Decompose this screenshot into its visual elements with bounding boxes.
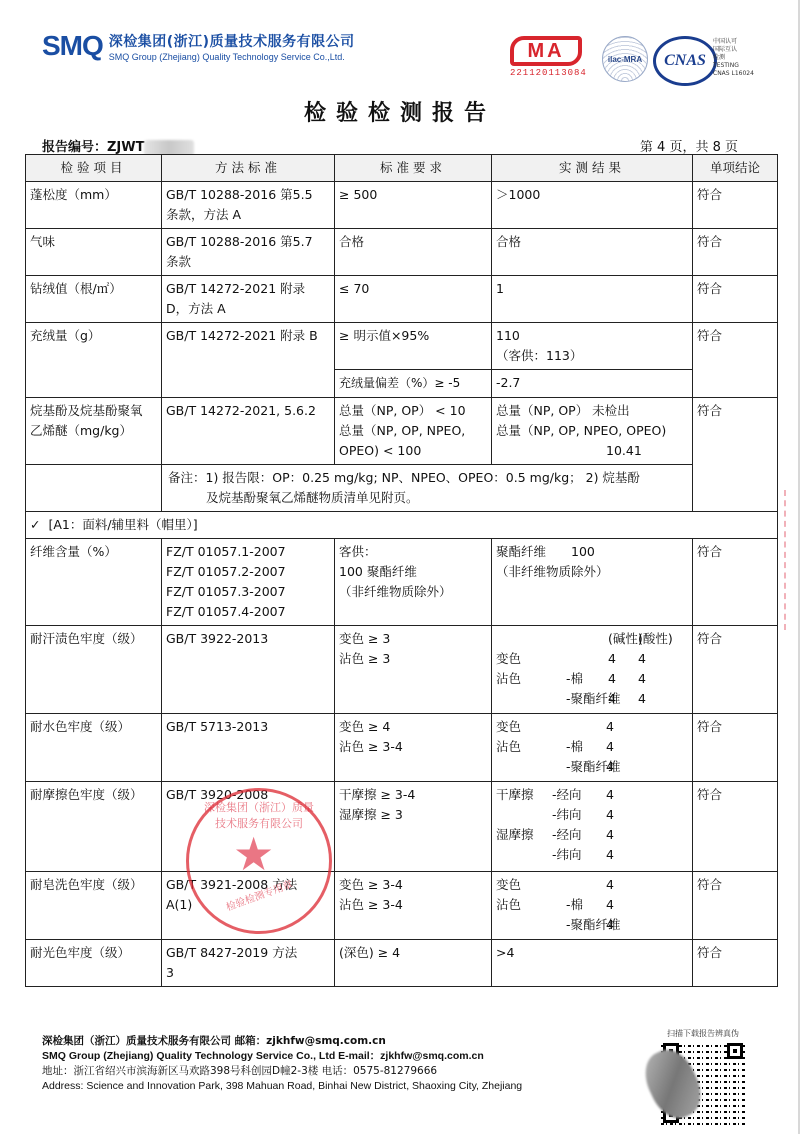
col-header-method: 方法标准 (162, 155, 335, 182)
report-number: 报告编号：ZJWT (42, 136, 194, 156)
text-line: 4 (638, 669, 668, 689)
text-line: 沾色 (496, 737, 566, 757)
cell-requirement: 合格 (335, 229, 492, 276)
text-line: 3 (166, 963, 330, 983)
col-header-verdict: 单项结论 (693, 155, 778, 182)
company-name-en: SMQ Group (Zhejiang) Quality Technology … (109, 52, 355, 62)
cell-item: 耐水色牢度（级） (26, 714, 162, 782)
text-line: 100 聚酯纤维 (339, 562, 487, 582)
text-line: -经向 (552, 785, 606, 805)
smq-logo-mark: SMQ (42, 30, 103, 62)
text-line: GB/T 10288-2016 第5.5 (166, 185, 330, 205)
cnas-text-line: CNAS L16024 (713, 70, 754, 78)
text-line: 乙烯醚（mg/kg） (30, 421, 157, 441)
text-line: 总量（NP, OP, NPEO, (339, 421, 487, 441)
cell-item: 纤维含量（%） (26, 539, 162, 626)
text-line: 4 (606, 825, 626, 845)
text-line: 4 (606, 717, 626, 737)
cell-requirement: 变色 ≥ 4沾色 ≥ 3-4 (335, 714, 492, 782)
cell-method: GB/T 14272-2021, 5.6.2 (162, 398, 335, 465)
text-line: （客供：113） (496, 346, 688, 366)
cell-result: 聚酯纤维 100（非纤维物质除外） (492, 539, 693, 626)
cell-method: GB/T 10288-2016 第5.7条款 (162, 229, 335, 276)
cell-result: 1 (492, 276, 693, 323)
text-line: 总量（NP, OP） 未检出 (496, 401, 688, 421)
text-line: FZ/T 01057.1-2007 (166, 542, 330, 562)
cell-verdict: 符合 (693, 323, 778, 398)
section-label: ✓ [A1：面料/辅里料（帽里）] (26, 512, 778, 539)
text-line: (碱性) (608, 629, 638, 649)
cell-method: FZ/T 01057.1-2007FZ/T 01057.2-2007FZ/T 0… (162, 539, 335, 626)
cell-requirement-deviation: 充绒量偏差（%）≥ -5 (335, 370, 492, 398)
text-line: A(1) (166, 895, 330, 915)
cell-verdict: 符合 (693, 782, 778, 872)
cell-result: (碱性)(酸性) 变色44 沾色-棉44 -聚酯纤维44 (492, 626, 693, 714)
cell-item: 烷基酚及烷基酚聚氧乙烯醚（mg/kg） (26, 398, 162, 465)
text-line: 沾色 (496, 669, 566, 689)
footer-address-en: Address: Science and Innovation Park, 39… (42, 1079, 522, 1094)
text-line: 110 (496, 326, 688, 346)
company-logo: SMQ 深检集团(浙江)质量技术服务有限公司 SMQ Group (Zhejia… (42, 30, 355, 62)
text-line: 变色 ≥ 3 (339, 629, 487, 649)
text-line: 4 (606, 845, 626, 865)
text-line: （非纤维物质除外） (339, 582, 487, 602)
text-line: 4 (606, 875, 626, 895)
text-line: 4 (606, 785, 626, 805)
cnas-text-line: 国际互认 (713, 46, 754, 54)
ilac-mra-icon: ilac-MRA (602, 36, 648, 82)
text-line: 4 (606, 895, 626, 915)
cell-verdict: 符合 (693, 714, 778, 782)
text-line: 变色 (496, 875, 566, 895)
cma-label: MA (510, 36, 582, 66)
cnas-text-line: 中国认可 (713, 38, 754, 46)
text-line: （非纤维物质除外） (496, 562, 688, 582)
footer-company-cn: 深检集团（浙江）质量技术服务有限公司 邮箱：zjkhfw@smq.com.cn (42, 1034, 522, 1049)
cell-verdict: 符合 (693, 539, 778, 626)
cell-method: GB/T 14272-2021 附录D，方法 A (162, 276, 335, 323)
col-header-requirement: 标准要求 (335, 155, 492, 182)
table-row: 蓬松度（mm） GB/T 10288-2016 第5.5条款，方法 A ≥ 50… (26, 182, 778, 229)
text-line: 沾色 ≥ 3 (339, 649, 487, 669)
table-header-row: 检验项目 方法标准 标准要求 实测结果 单项结论 (26, 155, 778, 182)
cell-result: ＞1000 (492, 182, 693, 229)
text-line: -纬向 (552, 845, 606, 865)
text-line: 湿摩擦 (496, 825, 552, 845)
cell-result: >4 (492, 940, 693, 987)
cma-certification-icon: MA 221120113084 (510, 36, 582, 78)
report-number-label: 报告编号：ZJWT (42, 140, 144, 155)
cnas-text-line: TESTING (713, 62, 754, 70)
text-line (496, 757, 566, 777)
cell-verdict: 符合 (693, 398, 778, 512)
text-line: 沾色 (496, 895, 566, 915)
text-line: GB/T 3921-2008 方法 (166, 875, 330, 895)
cell-requirement: ≥ 明示值×95% (335, 323, 492, 370)
text-line: 总量（NP, OP, NPEO, OPEO) (496, 421, 688, 441)
cell-result: 110（客供：113） (492, 323, 693, 370)
verification-qr[interactable]: 扫描下载报告辨真伪 (658, 1028, 748, 1125)
text-line: 10.41 (496, 441, 688, 461)
cell-result: 变色4 沾色-棉4 -聚酯纤维4 (492, 714, 693, 782)
text-line: 备注：1) 报告限：OP：0.25 mg/kg; NP、NPEO、OPEO：0.… (168, 468, 688, 488)
cell-item: 耐光色牢度（级） (26, 940, 162, 987)
text-line: -经向 (552, 825, 606, 845)
text-line: 聚酯纤维 100 (496, 542, 688, 562)
col-header-result: 实测结果 (492, 155, 693, 182)
cell-requirement: (深色) ≥ 4 (335, 940, 492, 987)
cell-verdict: 符合 (693, 229, 778, 276)
text-line: 4 (608, 669, 638, 689)
text-line: [A1：面料/辅里料（帽里）] (48, 517, 197, 532)
cell-result: 变色4 沾色-棉4 -聚酯纤维4 (492, 872, 693, 940)
text-line: 4 (608, 689, 638, 709)
text-line (566, 649, 608, 669)
text-line: 干摩擦 (496, 785, 552, 805)
cell-method: GB/T 14272-2021 附录 B (162, 323, 335, 398)
text-line: 变色 (496, 649, 566, 669)
cell-item-empty (26, 465, 162, 512)
text-line: 干摩擦 ≥ 3-4 (339, 785, 487, 805)
table-row: 耐汗渍色牢度（级） GB/T 3922-2013 变色 ≥ 3沾色 ≥ 3 (碱… (26, 626, 778, 714)
text-line: 总量（NP, OP） < 10 (339, 401, 487, 421)
table-row: 充绒量（g） GB/T 14272-2021 附录 B ≥ 明示值×95% 11… (26, 323, 778, 370)
cell-result-deviation: -2.7 (492, 370, 693, 398)
text-line (496, 915, 566, 935)
text-line: 4 (638, 649, 668, 669)
text-line (496, 689, 566, 709)
cell-method: GB/T 10288-2016 第5.5条款，方法 A (162, 182, 335, 229)
text-line: -聚酯纤维 (566, 757, 606, 777)
cnas-text: 中国认可 国际互认 检测 TESTING CNAS L16024 (713, 38, 754, 78)
footer-address-cn: 地址：浙江省绍兴市滨海新区马欢路398号科创园D幢2-3楼 电话：0575-81… (42, 1064, 522, 1079)
cell-item: 钻绒值（根/㎡） (26, 276, 162, 323)
table-row: 气味 GB/T 10288-2016 第5.7条款 合格 合格 符合 (26, 229, 778, 276)
cell-verdict: 符合 (693, 276, 778, 323)
text-line: 变色 (496, 717, 566, 737)
cell-item: 耐皂洗色牢度（级） (26, 872, 162, 940)
text-line: 及烷基酚聚氧乙烯醚物质清单见附页。 (168, 488, 688, 508)
text-line: (酸性) (638, 629, 668, 649)
qr-label: 扫描下载报告辨真伪 (658, 1028, 748, 1039)
page-indicator: 第 4 页，共 8 页 (640, 136, 738, 155)
text-line: -棉 (566, 737, 606, 757)
text-line (566, 875, 606, 895)
text-line: GB/T 10288-2016 第5.7 (166, 232, 330, 252)
cell-item: 耐摩擦色牢度（级） (26, 782, 162, 872)
text-line: GB/T 8427-2019 方法 (166, 943, 330, 963)
cma-number: 221120113084 (510, 68, 582, 78)
text-line: 变色 ≥ 4 (339, 717, 487, 737)
cnas-text-line: 检测 (713, 54, 754, 62)
cell-item: 蓬松度（mm） (26, 182, 162, 229)
text-line: -纬向 (552, 805, 606, 825)
table-row: 钻绒值（根/㎡） GB/T 14272-2021 附录D，方法 A ≤ 70 1… (26, 276, 778, 323)
text-line (496, 805, 552, 825)
text-line: D，方法 A (166, 299, 330, 319)
redacted-qr-area (636, 1042, 709, 1126)
text-line: 4 (608, 649, 638, 669)
section-header-row: ✓ [A1：面料/辅里料（帽里）] (26, 512, 778, 539)
cell-method: GB/T 3921-2008 方法A(1) (162, 872, 335, 940)
text-line: 4 (606, 915, 626, 935)
table-row: 耐光色牢度（级） GB/T 8427-2019 方法3 (深色) ≥ 4 >4 … (26, 940, 778, 987)
text-line: 4 (606, 805, 626, 825)
cell-item: 耐汗渍色牢度（级） (26, 626, 162, 714)
cell-result: 干摩擦-经向4 -纬向4 湿摩擦-经向4 -纬向4 (492, 782, 693, 872)
text-line (566, 717, 606, 737)
text-line: GB/T 14272-2021 附录 (166, 279, 330, 299)
cell-note: 备注：1) 报告限：OP：0.25 mg/kg; NP、NPEO、OPEO：0.… (162, 465, 693, 512)
text-line: 条款 (166, 252, 330, 272)
cell-method: GB/T 5713-2013 (162, 714, 335, 782)
cell-result: 总量（NP, OP） 未检出总量（NP, OP, NPEO, OPEO)10.4… (492, 398, 693, 465)
cell-result: 合格 (492, 229, 693, 276)
text-line: 沾色 ≥ 3-4 (339, 737, 487, 757)
cell-method: GB/T 8427-2019 方法3 (162, 940, 335, 987)
cell-requirement: ≤ 70 (335, 276, 492, 323)
text-line: FZ/T 01057.2-2007 (166, 562, 330, 582)
text-line: -棉 (566, 895, 606, 915)
text-line: 变色 ≥ 3-4 (339, 875, 487, 895)
cell-method: GB/T 3922-2013 (162, 626, 335, 714)
text-line: 4 (606, 737, 626, 757)
text-line: 湿摩擦 ≥ 3 (339, 805, 487, 825)
table-row: 耐水色牢度（级） GB/T 5713-2013 变色 ≥ 4沾色 ≥ 3-4 变… (26, 714, 778, 782)
cell-requirement: 变色 ≥ 3沾色 ≥ 3 (335, 626, 492, 714)
text-line: 客供： (339, 542, 487, 562)
report-title: 检验检测报告 (0, 96, 800, 127)
cell-item: 气味 (26, 229, 162, 276)
table-note-row: 备注：1) 报告限：OP：0.25 mg/kg; NP、NPEO、OPEO：0.… (26, 465, 778, 512)
cell-requirement: 客供：100 聚酯纤维（非纤维物质除外） (335, 539, 492, 626)
cell-requirement: 总量（NP, OP） < 10总量（NP, OP, NPEO,OPEO) < 1… (335, 398, 492, 465)
text-line: 条款，方法 A (166, 205, 330, 225)
cell-requirement: 变色 ≥ 3-4沾色 ≥ 3-4 (335, 872, 492, 940)
footer: 深检集团（浙江）质量技术服务有限公司 邮箱：zjkhfw@smq.com.cn … (42, 1034, 522, 1094)
cell-method: GB/T 3920-2008 (162, 782, 335, 872)
check-icon: ✓ (30, 517, 40, 532)
text-line: FZ/T 01057.4-2007 (166, 602, 330, 622)
text-line: FZ/T 01057.3-2007 (166, 582, 330, 602)
footer-company-en: SMQ Group (Zhejiang) Quality Technology … (42, 1049, 522, 1064)
text-line: 烷基酚及烷基酚聚氧 (30, 401, 157, 421)
perforation-seal-mark (784, 490, 798, 630)
text-line: -聚酯纤维 (566, 915, 606, 935)
cell-verdict: 符合 (693, 940, 778, 987)
text-line: 沾色 ≥ 3-4 (339, 895, 487, 915)
text-line: -聚酯纤维 (566, 689, 608, 709)
cell-item: 充绒量（g） (26, 323, 162, 398)
test-results-table: 检验项目 方法标准 标准要求 实测结果 单项结论 蓬松度（mm） GB/T 10… (25, 154, 778, 987)
table-row: 烷基酚及烷基酚聚氧乙烯醚（mg/kg） GB/T 14272-2021, 5.6… (26, 398, 778, 465)
cell-verdict: 符合 (693, 872, 778, 940)
table-row: 耐摩擦色牢度（级） GB/T 3920-2008 干摩擦 ≥ 3-4湿摩擦 ≥ … (26, 782, 778, 872)
cell-requirement: 干摩擦 ≥ 3-4湿摩擦 ≥ 3 (335, 782, 492, 872)
col-header-item: 检验项目 (26, 155, 162, 182)
text-line: 4 (606, 757, 626, 777)
table-row: 耐皂洗色牢度（级） GB/T 3921-2008 方法A(1) 变色 ≥ 3-4… (26, 872, 778, 940)
cnas-icon: CNAS (653, 36, 717, 86)
cell-requirement: ≥ 500 (335, 182, 492, 229)
text-line: 4 (638, 689, 668, 709)
text-line: -棉 (566, 669, 608, 689)
cell-verdict: 符合 (693, 626, 778, 714)
text-line: OPEO) < 100 (339, 441, 487, 461)
company-name-cn: 深检集团(浙江)质量技术服务有限公司 (109, 31, 355, 51)
table-row: 纤维含量（%） FZ/T 01057.1-2007FZ/T 01057.2-20… (26, 539, 778, 626)
text-line (496, 845, 552, 865)
qr-code-icon[interactable] (661, 1041, 745, 1125)
cell-verdict: 符合 (693, 182, 778, 229)
